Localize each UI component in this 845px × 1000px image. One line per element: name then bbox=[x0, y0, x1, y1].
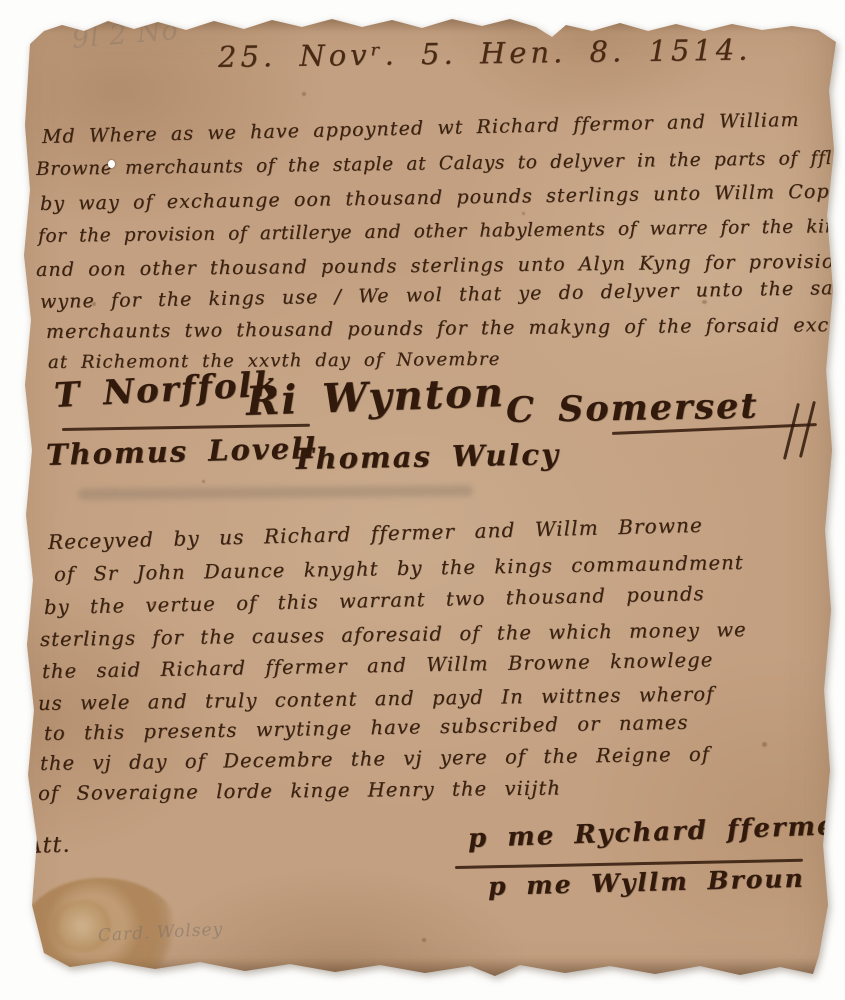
warrant-line: for the provision of artillerye and othe… bbox=[38, 215, 845, 247]
receipt-line: the vj day of Decembre the vj yere of th… bbox=[40, 743, 710, 775]
foxing-spot bbox=[302, 92, 306, 96]
receipt-line: Receyved by us Richard ffermer and Willm… bbox=[48, 513, 704, 554]
signature-c-somerset: C Somerset bbox=[506, 386, 759, 431]
parchment-wrap: 9l 2 No 25. Novʳ. 5. Hen. 8. 1514. Md Wh… bbox=[0, 0, 845, 1000]
receipt-line: the said Richard ffermer and Willm Brown… bbox=[42, 648, 714, 683]
warrant-line: by way of exchaunge oon thousand pounds … bbox=[40, 180, 845, 215]
receipt-line: by the vertue of this warrant two thousa… bbox=[44, 582, 705, 619]
signature-ri-wynton: Ri Wynton bbox=[245, 369, 505, 425]
margin-mark: Att. bbox=[26, 832, 71, 859]
warrant-line: wyne for the kings use / We wol that ye … bbox=[40, 277, 845, 313]
warrant-line: Browne merchaunts of the staple at Calay… bbox=[36, 147, 845, 180]
signature-thomas-lovell: Thomus Lovell bbox=[46, 431, 318, 472]
receipt-line: of Soveraigne lorde kinge Henry the viij… bbox=[38, 777, 561, 805]
foxing-spot bbox=[642, 522, 645, 525]
signature-william-browne: p me Wyllm Broun bbox=[488, 864, 805, 901]
foxing-spot bbox=[762, 742, 767, 747]
somerset-paraph-mark bbox=[783, 403, 799, 460]
norfolk-underline-flourish bbox=[62, 424, 310, 431]
foxing-spot bbox=[422, 938, 426, 942]
warrant-line: Md Where as we have appoynted wt Richard… bbox=[42, 109, 800, 148]
pencil-smudge bbox=[78, 485, 473, 499]
foxing-spot bbox=[602, 122, 605, 125]
receipt-line: sterlings for the causes aforesaid of th… bbox=[40, 618, 747, 651]
warrant-line: merchaunts two thousand pounds for the m… bbox=[46, 313, 845, 343]
receipt-line: us wele and truly content and payd In wi… bbox=[38, 683, 715, 715]
receipt-line: to this presents wrytinge have subscribe… bbox=[44, 711, 689, 745]
date-heading: 25. Novʳ. 5. Hen. 8. 1514. bbox=[218, 33, 752, 74]
foxing-spot bbox=[702, 300, 707, 304]
signature-thomas-wolsey: Thomas Wulcy bbox=[292, 437, 560, 476]
signature-richard-fermer: p me Rychard ffermer bbox=[467, 811, 845, 854]
foxing-spot bbox=[92, 302, 96, 306]
paper-hole bbox=[108, 160, 115, 168]
somerset-paraph-mark bbox=[799, 401, 815, 458]
foxing-spot bbox=[202, 480, 205, 483]
photo-background: 9l 2 No 25. Novʳ. 5. Hen. 8. 1514. Md Wh… bbox=[0, 0, 845, 1000]
parchment: 9l 2 No 25. Novʳ. 5. Hen. 8. 1514. Md Wh… bbox=[0, 0, 845, 1000]
warrant-line: and oon other thousand pounds sterlings … bbox=[36, 250, 845, 281]
foxing-spot bbox=[152, 602, 156, 606]
receipt-line: of Sr John Daunce knyght by the kings co… bbox=[54, 551, 744, 586]
pencil-shelfmark: 9l 2 No bbox=[71, 15, 180, 55]
foxing-spot bbox=[522, 212, 525, 215]
